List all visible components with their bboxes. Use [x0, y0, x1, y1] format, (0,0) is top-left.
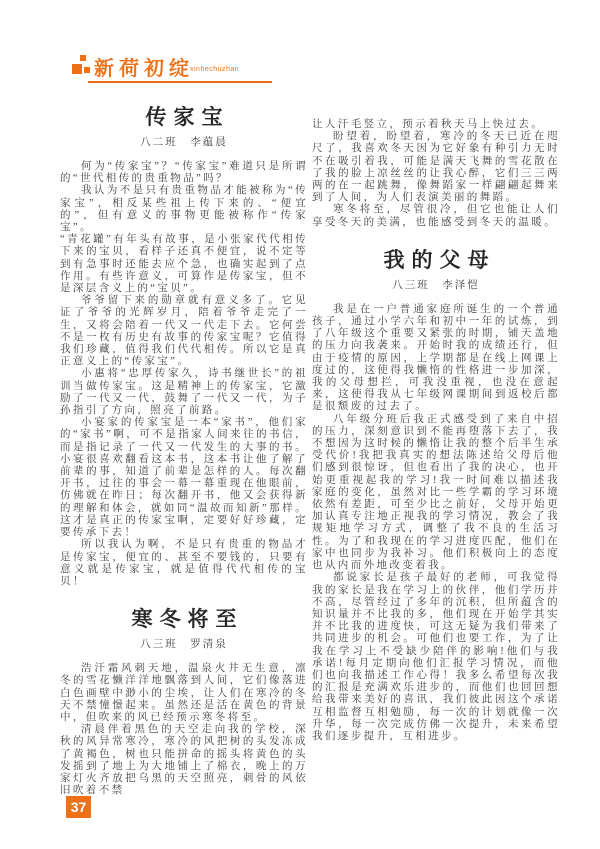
article-paragraph: 盼望着，盼望着，寒冷的冬天已近在咫尺了，我喜欢冬天因为它好象有种引力无时不在吸引…: [312, 131, 560, 204]
article-paragraph: “青花罐”有年头有故事，是小张家代代相传下来的宝贝，看样子还真不便宜，说不定等到…: [60, 234, 308, 295]
magazine-page: 新荷初绽 xinhechuzhan 传家宝 八二班 李蕴晨 何为“传家宝”？“传…: [0, 0, 600, 849]
article-byline: 八三班 李泽恺: [312, 279, 560, 292]
brand-title: 新荷初绽: [94, 52, 194, 81]
left-column: 传家宝 八二班 李蕴晨 何为“传家宝”？“传家宝”难道只是所谓的“世代相传的贵重…: [60, 103, 308, 797]
article-paragraph: 都说家长是孩子最好的老师，可我觉得我的家长是我在学习上的伙伴，他们学历并不高，尽…: [312, 572, 560, 743]
header-underline: [88, 81, 272, 83]
right-column: 让人汗毛竖立，预示着秋天马上快过去。 盼望着，盼望着，寒冷的冬天已近在咫尺了，我…: [312, 103, 560, 743]
article-paragraph: 浩汗霜风刺天地，温泉火井无生意，凛冬的雪花懒洋洋地飘落到人间，它们像落进白色画壁…: [60, 663, 308, 724]
article-paragraph: 所以我认为啊，不是只有贵重的物品才是传家宝，便宜的、甚至不要钱的，只要有意义就是…: [60, 539, 308, 588]
article-paragraph: 小惠将“忠厚传家久，诗书继世长”的祖训当做传家宝。这是精神上的传家宝，它激励了一…: [60, 368, 308, 417]
article-byline: 八二班 李蕴晨: [60, 136, 308, 149]
article-paragraph: 八年级分班后我正式感受到了来自中招的压力，深刻意识到不能再堕落下去了，我不想因为…: [312, 414, 560, 573]
brand-square-small-icon: [80, 55, 86, 61]
article-paragraph-continued: 让人汗毛竖立，预示着秋天马上快过去。: [312, 119, 560, 131]
article-paragraph: 我认为不是只有贵重物品才能被称为“传家宝”，相反某些祖上传下来的、“便宜的”，但…: [60, 185, 308, 234]
article-paragraph: 清晨伴着黑色的天空走向我的学校，深秋的风异常寒冷，寒冷的风把树的头发冻成了黄褐色…: [60, 724, 308, 797]
article-title-chuanjiabao: 传家宝: [60, 103, 308, 131]
brand-square-large-icon: [72, 64, 82, 74]
article-byline: 八三班 罗清泉: [60, 638, 308, 651]
article-paragraph: 小宴家的传家宝是一本“家书”，他们家的“家书”啊，可不是指家人间来往的书信，而是…: [60, 417, 308, 539]
article-title-handongjiangzhi: 寒冬将至: [60, 605, 308, 633]
brand-subtitle: xinhechuzhan: [190, 66, 239, 73]
article-title-wodefumu: 我的父母: [312, 246, 560, 274]
article-paragraph: 我是在一户普通家庭所诞生的一个普通孩子，通过小学六年和初中一年的试炼，到了八年级…: [312, 304, 560, 414]
page-number-badge: 37: [66, 796, 91, 818]
article-paragraph: 爷爷留下来的勋章就有意义多了。它见证了爷爷的光辉岁月，陪着爷爷走完了一生，又将会…: [60, 295, 308, 368]
brand-square-medium-icon: [84, 67, 90, 73]
article-paragraph: 何为“传家宝”？“传家宝”难道只是所谓的“世代相传的贵重物品”吗？: [60, 161, 308, 185]
article-paragraph: 寒冬将至，尽管很冷，但它也能让人们享受冬天的美满，也能感受到冬天的温暖。: [312, 204, 560, 228]
brand-squares-icon: [72, 55, 90, 77]
